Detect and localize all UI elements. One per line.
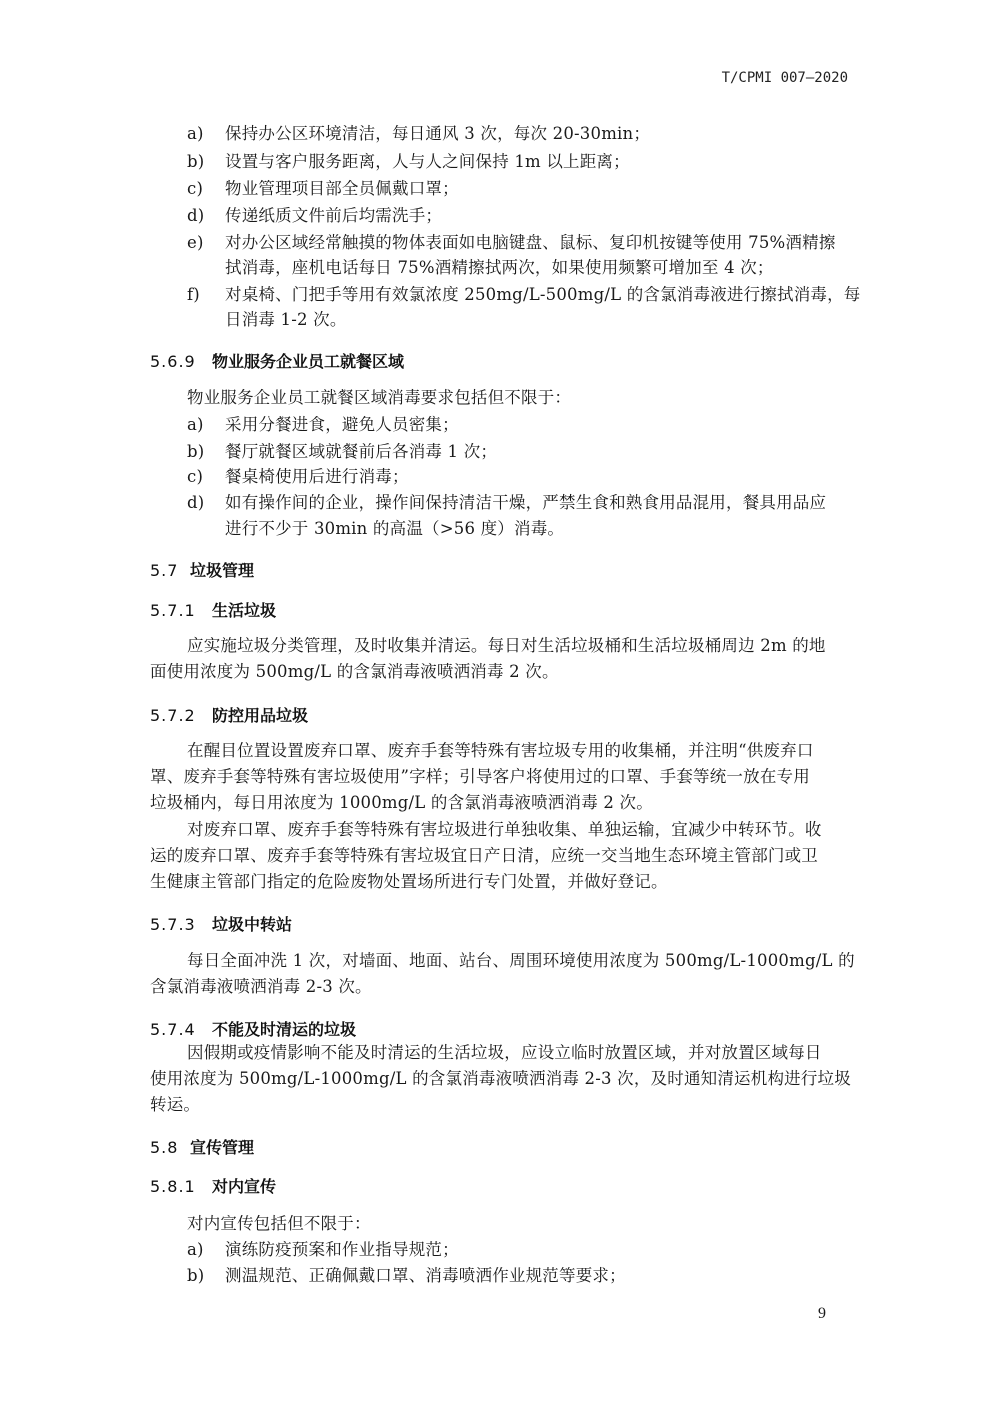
- paragraph-line: 罩、废弃手套等特殊有害垃圾使用”字样；引导客户将使用过的口罩、手套等统一放在专用: [150, 767, 810, 787]
- paragraph-line: 生健康主管部门指定的危险废物处置场所进行专门处置，并做好登记。: [150, 872, 668, 892]
- section-heading-5-8: 5.8宣传管理: [150, 1135, 254, 1158]
- section-number: 5.6.9: [150, 352, 212, 371]
- list-label: b): [187, 1266, 225, 1286]
- section-number: 5.7.4: [150, 1020, 212, 1039]
- section-title: 宣传管理: [190, 1138, 254, 1157]
- list-item: f)对桌椅、门把手等用有效氯浓度 250mg/L-500mg/L 的含氯消毒液进…: [187, 285, 861, 305]
- section-number: 5.7: [150, 561, 190, 580]
- document-code-header: T/CPMI 007—2020: [0, 70, 848, 86]
- list-item: a)保持办公区环境清洁，每日通风 3 次，每次 20-30min；: [187, 124, 650, 144]
- section-number: 5.7.3: [150, 915, 212, 934]
- list-text: 测温规范、正确佩戴口罩、消毒喷洒作业规范等要求；: [225, 1266, 626, 1285]
- section-title: 对内宣传: [212, 1177, 276, 1196]
- section-title: 防控用品垃圾: [212, 706, 308, 725]
- section-number: 5.7.2: [150, 706, 212, 725]
- list-label: c): [187, 179, 225, 199]
- section-heading-5-7-1: 5.7.1生活垃圾: [150, 598, 276, 621]
- list-label: d): [187, 206, 225, 226]
- list-text: 采用分餐进食，避免人员密集；: [225, 415, 459, 434]
- section-title: 生活垃圾: [212, 601, 276, 620]
- section-heading-5-7-2: 5.7.2防控用品垃圾: [150, 703, 308, 726]
- list-text: 保持办公区环境清洁，每日通风 3 次，每次 20-30min；: [225, 124, 650, 143]
- list-item: c)餐桌椅使用后进行消毒；: [187, 467, 409, 487]
- list-label: c): [187, 467, 225, 487]
- list-text: 如有操作间的企业，操作间保持清洁干燥，严禁生食和熟食用品混用，餐具用品应: [225, 493, 826, 512]
- list-item: a)演练防疫预案和作业指导规范；: [187, 1240, 459, 1260]
- section-title: 物业服务企业员工就餐区域: [212, 352, 404, 371]
- list-text-continued: 日消毒 1-2 次。: [225, 310, 347, 330]
- section-number: 5.7.1: [150, 601, 212, 620]
- list-item: b)餐厅就餐区域就餐前后各消毒 1 次；: [187, 442, 497, 462]
- section-title: 不能及时清运的垃圾: [212, 1020, 356, 1039]
- section-title: 垃圾中转站: [212, 915, 292, 934]
- list-item: e)对办公区域经常触摸的物体表面如电脑键盘、鼠标、复印机按键等使用 75%酒精擦: [187, 233, 836, 253]
- list-item: b)测温规范、正确佩戴口罩、消毒喷洒作业规范等要求；: [187, 1266, 626, 1286]
- section-title: 垃圾管理: [190, 561, 254, 580]
- paragraph-line: 应实施垃圾分类管理，及时收集并清运。每日对生活垃圾桶和生活垃圾桶周边 2m 的地: [187, 636, 826, 656]
- list-item: d)如有操作间的企业，操作间保持清洁干燥，严禁生食和熟食用品混用，餐具用品应: [187, 493, 826, 513]
- section-number: 5.8: [150, 1138, 190, 1157]
- list-text-continued: 进行不少于 30min 的高温（>56 度）消毒。: [225, 519, 564, 539]
- list-label: d): [187, 493, 225, 513]
- list-text: 传递纸质文件前后均需洗手；: [225, 206, 442, 225]
- paragraph-line: 含氯消毒液喷洒消毒 2-3 次。: [150, 977, 372, 997]
- list-text: 演练防疫预案和作业指导规范；: [225, 1240, 459, 1259]
- section-intro: 对内宣传包括但不限于：: [187, 1214, 371, 1234]
- list-text: 对桌椅、门把手等用有效氯浓度 250mg/L-500mg/L 的含氯消毒液进行擦…: [225, 285, 861, 304]
- page-number: 9: [818, 1305, 826, 1323]
- paragraph-line: 对废弃口罩、废弃手套等特殊有害垃圾进行单独收集、单独运输，宜减少中转环节。收: [187, 820, 822, 840]
- list-label: a): [187, 124, 225, 144]
- section-heading-5-7-3: 5.7.3垃圾中转站: [150, 912, 292, 935]
- section-number: 5.8.1: [150, 1177, 212, 1196]
- list-text: 对办公区域经常触摸的物体表面如电脑键盘、鼠标、复印机按键等使用 75%酒精擦: [225, 233, 836, 252]
- paragraph-line: 每日全面冲洗 1 次，对墙面、地面、站台、周围环境使用浓度为 500mg/L-1…: [187, 951, 855, 971]
- list-label: f): [187, 285, 225, 305]
- list-text: 餐厅就餐区域就餐前后各消毒 1 次；: [225, 442, 497, 461]
- list-item: b)设置与客户服务距离，人与人之间保持 1m 以上距离；: [187, 152, 630, 172]
- list-label: e): [187, 233, 225, 253]
- paragraph-line: 在醒目位置设置废弃口罩、废弃手套等特殊有害垃圾专用的收集桶，并注明“供废弃口: [187, 741, 814, 761]
- section-intro: 物业服务企业员工就餐区域消毒要求包括但不限于：: [187, 388, 571, 408]
- paragraph-line: 因假期或疫情影响不能及时清运的生活垃圾，应设立临时放置区域，并对放置区域每日: [187, 1043, 822, 1063]
- paragraph-line: 运的废弃口罩、废弃手套等特殊有害垃圾宜日产日清，应统一交当地生态环境主管部门或卫: [150, 846, 818, 866]
- list-item: c)物业管理项目部全员佩戴口罩；: [187, 179, 459, 199]
- list-text: 设置与客户服务距离，人与人之间保持 1m 以上距离；: [225, 152, 630, 171]
- list-label: a): [187, 415, 225, 435]
- list-item: a)采用分餐进食，避免人员密集；: [187, 415, 459, 435]
- paragraph-line: 面使用浓度为 500mg/L 的含氯消毒液喷洒消毒 2 次。: [150, 662, 559, 682]
- section-heading-5-8-1: 5.8.1对内宣传: [150, 1174, 276, 1197]
- list-text: 餐桌椅使用后进行消毒；: [225, 467, 409, 486]
- list-label: b): [187, 152, 225, 172]
- list-label: a): [187, 1240, 225, 1260]
- section-heading-5-7-4: 5.7.4不能及时清运的垃圾: [150, 1017, 356, 1040]
- list-label: b): [187, 442, 225, 462]
- section-heading-5-7: 5.7垃圾管理: [150, 558, 254, 581]
- list-text-continued: 拭消毒，座机电话每日 75%酒精擦拭两次，如果使用频繁可增加至 4 次；: [225, 258, 774, 278]
- section-heading-5-6-9: 5.6.9物业服务企业员工就餐区域: [150, 349, 404, 372]
- paragraph-line: 垃圾桶内，每日用浓度为 1000mg/L 的含氯消毒液喷洒消毒 2 次。: [150, 793, 653, 813]
- list-item: d)传递纸质文件前后均需洗手；: [187, 206, 442, 226]
- list-text: 物业管理项目部全员佩戴口罩；: [225, 179, 459, 198]
- paragraph-line: 使用浓度为 500mg/L-1000mg/L 的含氯消毒液喷洒消毒 2-3 次，…: [150, 1069, 851, 1089]
- paragraph-line: 转运。: [150, 1095, 200, 1115]
